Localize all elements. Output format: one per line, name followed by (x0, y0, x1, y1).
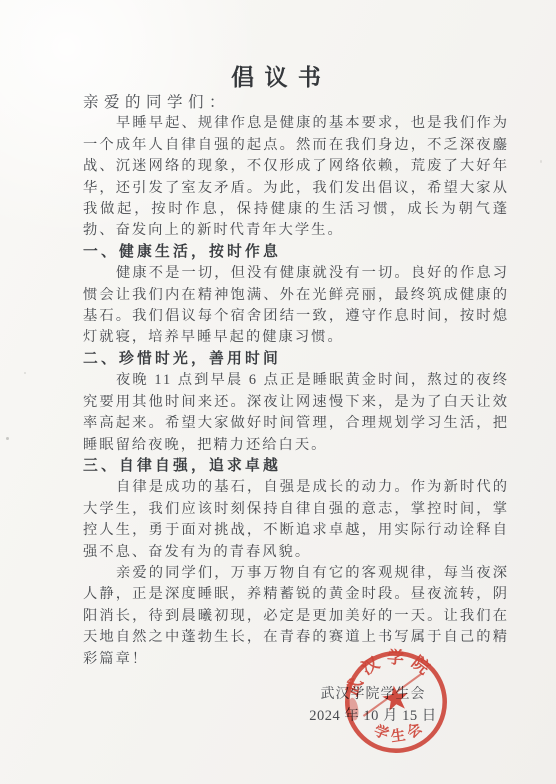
signature-organization: 武汉学院学生会 (303, 684, 443, 706)
section-heading-3: 三、自律自强，追求卓越 (83, 456, 509, 477)
intro-paragraph: 早睡早起、规律作息是健康的基本要求，也是我们作为一个成年人自律自强的起点。然而在… (83, 113, 509, 241)
salutation: 亲爱的同学们： (83, 92, 509, 113)
section-body-2: 夜晚 11 点到早晨 6 点正是睡眠黄金时间，熬过的夜终究要用其他时间来还。深夜… (83, 370, 509, 456)
closing-paragraph: 亲爱的同学们，万事万物自有它的客观规律，每当夜深人静，正是深度睡眠，养精蓄锐的黄… (83, 563, 509, 670)
section-heading-1: 一、健康生活，按时作息 (83, 242, 509, 263)
paper-speck (540, 160, 542, 163)
page-title: 倡 议 书 (64, 62, 490, 92)
document-page: 倡 议 书 亲爱的同学们： 早睡早起、规律作息是健康的基本要求，也是我们作为一个… (0, 0, 556, 784)
section-heading-2: 二、珍惜时光，善用时间 (83, 349, 509, 370)
paper-speck (24, 372, 26, 374)
signature-date: 2024 年 10 月 15 日 (303, 706, 443, 728)
paper-speck (6, 437, 9, 440)
section-body-1: 健康不是一切，但没有健康就没有一切。良好的作息习惯会让我们内在精神饱满、外在光鲜… (83, 263, 509, 349)
section-body-3: 自律是成功的基石，自强是成长的动力。作为新时代的大学生，我们应该时刻保持自律自强… (83, 477, 509, 563)
document-body: 倡 议 书 亲爱的同学们： 早睡早起、规律作息是健康的基本要求，也是我们作为一个… (83, 62, 509, 670)
signature-block: 武汉学院学生会 2024 年 10 月 15 日 (303, 684, 443, 727)
